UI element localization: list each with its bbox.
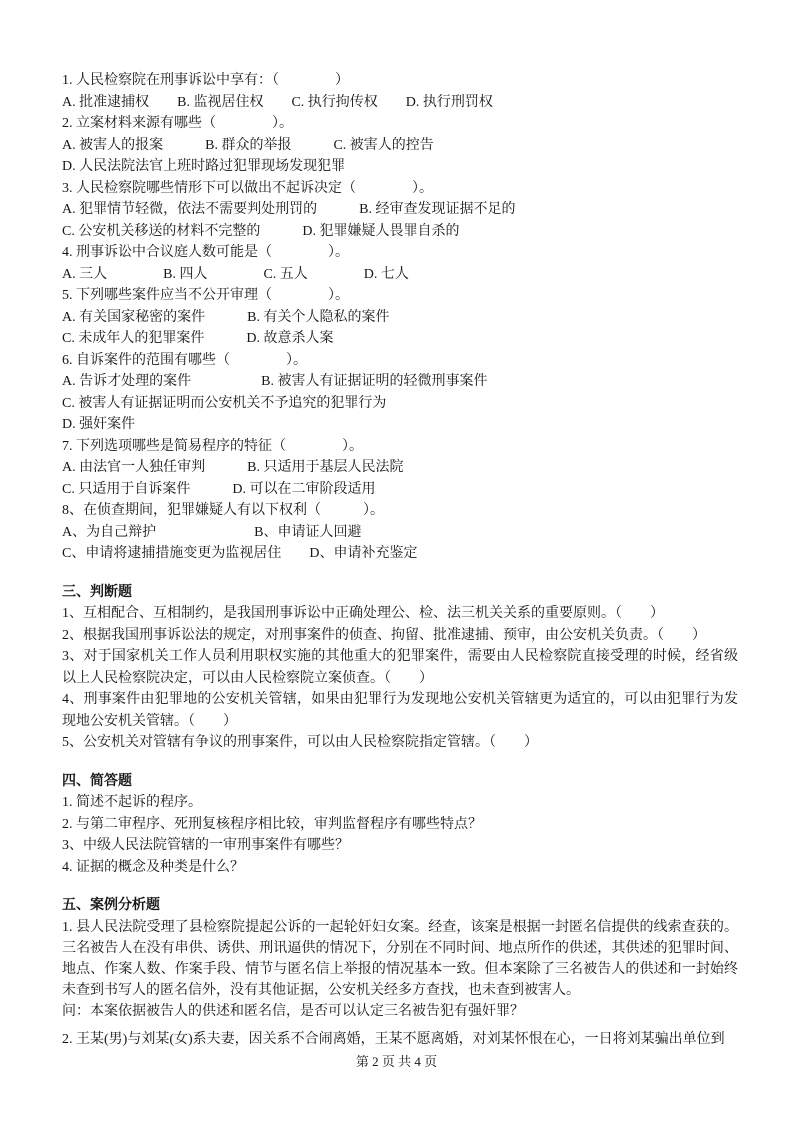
- options-block: A. 由法官一人独任审判 B. 只适用于基层人民法院: [62, 457, 738, 479]
- document-content: 1. 人民检察院在刑事诉讼中享有：（ ）A. 批准逮捕权 B. 监视居住权 C.…: [62, 70, 738, 1050]
- statement-block: 5、公安机关对管辖有争议的刑事案件，可以由人民检察院指定管辖。（ ）: [62, 732, 738, 754]
- options-block: D. 人民法院法官上班时路过犯罪现场发现犯罪: [62, 156, 738, 178]
- question-block: 2. 立案材料来源有哪些（ ）。: [62, 113, 738, 135]
- item-block: 3、中级人民法院管辖的一审刑事案件有哪些？: [62, 835, 738, 857]
- options-block: D. 强奸案件: [62, 414, 738, 436]
- heading-block: 五、案例分析题: [62, 895, 738, 917]
- case-question-block: 问：本案依据被告人的供述和匿名信，是否可以认定三名被告犯有强奸罪？: [62, 1001, 738, 1022]
- page-footer: 第 2 页 共 4 页: [0, 1051, 793, 1070]
- options-block: A. 有关国家秘密的案件 B. 有关个人隐私的案件: [62, 307, 738, 329]
- options-block: C. 未成年人的犯罪案件 D. 故意杀人案: [62, 328, 738, 350]
- question-block: 8、在侦查期间，犯罪嫌疑人有以下权利（ ）。: [62, 500, 738, 522]
- case-new-block: 2. 王某(男)与刘某(女)系夫妻，因关系不合闹离婚，王某不愿离婚，对刘某怀恨在…: [62, 1029, 738, 1050]
- item-block: 1. 简述不起诉的程序。: [62, 792, 738, 814]
- options-block: A. 被害人的报案 B. 群众的举报 C. 被害人的控告: [62, 135, 738, 157]
- options-block: A. 批准逮捕权 B. 监视居住权 C. 执行拘传权 D. 执行刑罚权: [62, 92, 738, 114]
- heading-block: 三、判断题: [62, 582, 738, 604]
- heading-block: 四、简答题: [62, 771, 738, 793]
- item-block: 4. 证据的概念及种类是什么？: [62, 857, 738, 879]
- case-block: 1. 县人民法院受理了县检察院提起公诉的一起轮奸妇女案。经查，该案是根据一封匿名…: [62, 917, 738, 1001]
- question-block: 7. 下列选项哪些是简易程序的特征（ ）。: [62, 436, 738, 458]
- options-block: C、申请将逮捕措施变更为监视居住 D、申请补充鉴定: [62, 543, 738, 565]
- statement-block: 1、互相配合、互相制约，是我国刑事诉讼中正确处理公、检、法三机关关系的重要原则。…: [62, 603, 738, 625]
- question-block: 4. 刑事诉讼中合议庭人数可能是（ ）。: [62, 242, 738, 264]
- options-block: A、为自己辩护 B、申请证人回避: [62, 522, 738, 544]
- question-block: 5. 下列哪些案件应当不公开审理（ ）。: [62, 285, 738, 307]
- item-block: 2. 与第二审程序、死刑复核程序相比较，审判监督程序有哪些特点？: [62, 814, 738, 836]
- question-block: 6. 自诉案件的范围有哪些（ ）。: [62, 350, 738, 372]
- options-block: C. 被害人有证据证明而公安机关不予追究的犯罪行为: [62, 393, 738, 415]
- page-number-text: 第 2 页 共 4 页: [356, 1054, 437, 1069]
- statement-block: 4、刑事案件由犯罪地的公安机关管辖，如果由犯罪行为发现地公安机关管辖更为适宜的，…: [62, 689, 738, 732]
- options-block: A. 告诉才处理的案件 B. 被害人有证据证明的轻微刑事案件: [62, 371, 738, 393]
- options-block: A. 三人 B. 四人 C. 五人 D. 七人: [62, 264, 738, 286]
- statement-block: 3、对于国家机关工作人员利用职权实施的其他重大的犯罪案件，需要由人民检察院直接受…: [62, 646, 738, 689]
- options-block: C. 公安机关移送的材料不完整的 D. 犯罪嫌疑人畏罪自杀的: [62, 221, 738, 243]
- statement-block: 2、根据我国刑事诉讼法的规定，对刑事案件的侦查、拘留、批准逮捕、预审，由公安机关…: [62, 625, 738, 647]
- question-block: 3. 人民检察院哪些情形下可以做出不起诉决定（ ）。: [62, 178, 738, 200]
- question-block: 1. 人民检察院在刑事诉讼中享有：（ ）: [62, 70, 738, 92]
- document-page: 1. 人民检察院在刑事诉讼中享有：（ ）A. 批准逮捕权 B. 监视居住权 C.…: [0, 0, 793, 1122]
- options-block: C. 只适用于自诉案件 D. 可以在二审阶段适用: [62, 479, 738, 501]
- options-block: A. 犯罪情节轻微，依法不需要判处刑罚的 B. 经审查发现证据不足的: [62, 199, 738, 221]
